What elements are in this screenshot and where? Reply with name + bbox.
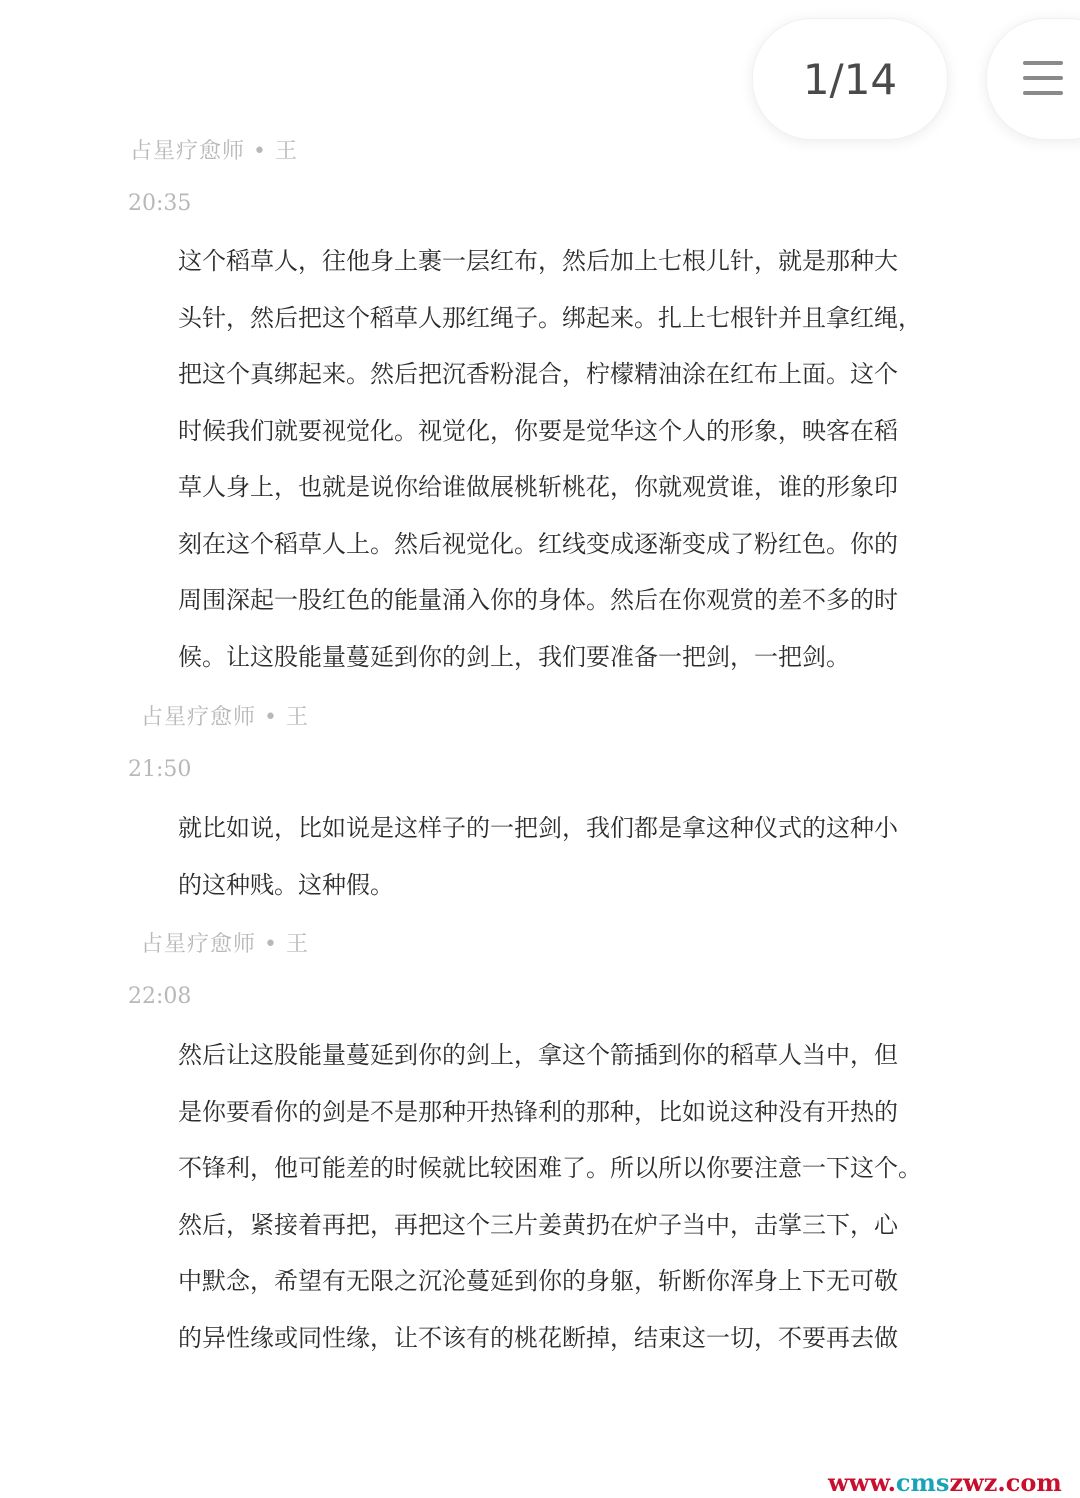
watermark-prefix: www. <box>828 1468 896 1497</box>
text-line: 把这个真绑起来。然后把沉香粉混合，柠檬精油涂在红布上面。这个 <box>178 346 958 403</box>
message-time: 22:08 <box>128 984 191 1009</box>
text-line: 然后让这股能量蔓延到你的剑上，拿这个箭插到你的稻草人当中，但 <box>178 1027 958 1084</box>
text-line: 就比如说，比如说是这样子的一把剑，我们都是拿这种仪式的这种小 <box>178 800 958 857</box>
text-line: 中默念，希望有无限之沉沦蔓延到你的身躯，斩断你浑身上下无可敬 <box>178 1253 958 1310</box>
text-line: 然后，紧接着再把，再把这个三片姜黄扔在炉子当中，击掌三下，心 <box>178 1197 958 1254</box>
text-line: 刻在这个稻草人上。然后视觉化。红线变成逐渐变成了粉红色。你的 <box>178 516 958 573</box>
speaker-name: 占星疗愈师 • 王 <box>141 927 309 958</box>
text-line: 的异性缘或同性缘，让不该有的桃花断掉，结束这一切，不要再去做 <box>178 1310 958 1367</box>
speaker-name: 占星疗愈师 • 王 <box>141 700 309 731</box>
watermark: www.cmszwz.com <box>828 1468 1062 1497</box>
page-counter-label: 1/14 <box>803 55 897 104</box>
message-body: 然后让这股能量蔓延到你的剑上，拿这个箭插到你的稻草人当中，但 是你要看你的剑是不… <box>178 1027 958 1366</box>
text-line: 头针，然后把这个稻草人那红绳子。绑起来。扎上七根针并且拿红绳， <box>178 290 958 347</box>
text-line: 草人身上，也就是说你给谁做展桃斩桃花，你就观赏谁，谁的形象印 <box>178 459 958 516</box>
watermark-middle: cms <box>896 1468 950 1497</box>
hamburger-menu-icon <box>1023 61 1063 97</box>
text-line: 是你要看你的剑是不是那种开热锋利的那种，比如说这种没有开热的 <box>178 1084 958 1141</box>
text-line: 周围深起一股红色的能量涌入你的身体。然后在你观赏的差不多的时 <box>178 572 958 629</box>
text-line: 时候我们就要视觉化。视觉化，你要是觉华这个人的形象，映客在稻 <box>178 403 958 460</box>
text-line: 的这种贱。这种假。 <box>178 857 958 914</box>
message-time: 21:50 <box>128 757 191 782</box>
message-body: 就比如说，比如说是这样子的一把剑，我们都是拿这种仪式的这种小 的这种贱。这种假。 <box>178 800 958 913</box>
speaker-name: 占星疗愈师 • 王 <box>130 134 298 165</box>
message-body: 这个稻草人，往他身上裹一层红布，然后加上七根儿针，就是那种大 头针，然后把这个稻… <box>178 233 958 685</box>
page-counter[interactable]: 1/14 <box>752 18 948 140</box>
message-time: 20:35 <box>128 191 191 216</box>
text-line: 候。让这股能量蔓延到你的剑上，我们要准备一把剑，一把剑。 <box>178 629 958 686</box>
text-line: 这个稻草人，往他身上裹一层红布，然后加上七根儿针，就是那种大 <box>178 233 958 290</box>
text-line: 不锋利，他可能差的时候就比较困难了。所以所以你要注意一下这个。 <box>178 1140 958 1197</box>
menu-button[interactable] <box>986 18 1080 140</box>
watermark-suffix: zwz.com <box>949 1468 1061 1497</box>
